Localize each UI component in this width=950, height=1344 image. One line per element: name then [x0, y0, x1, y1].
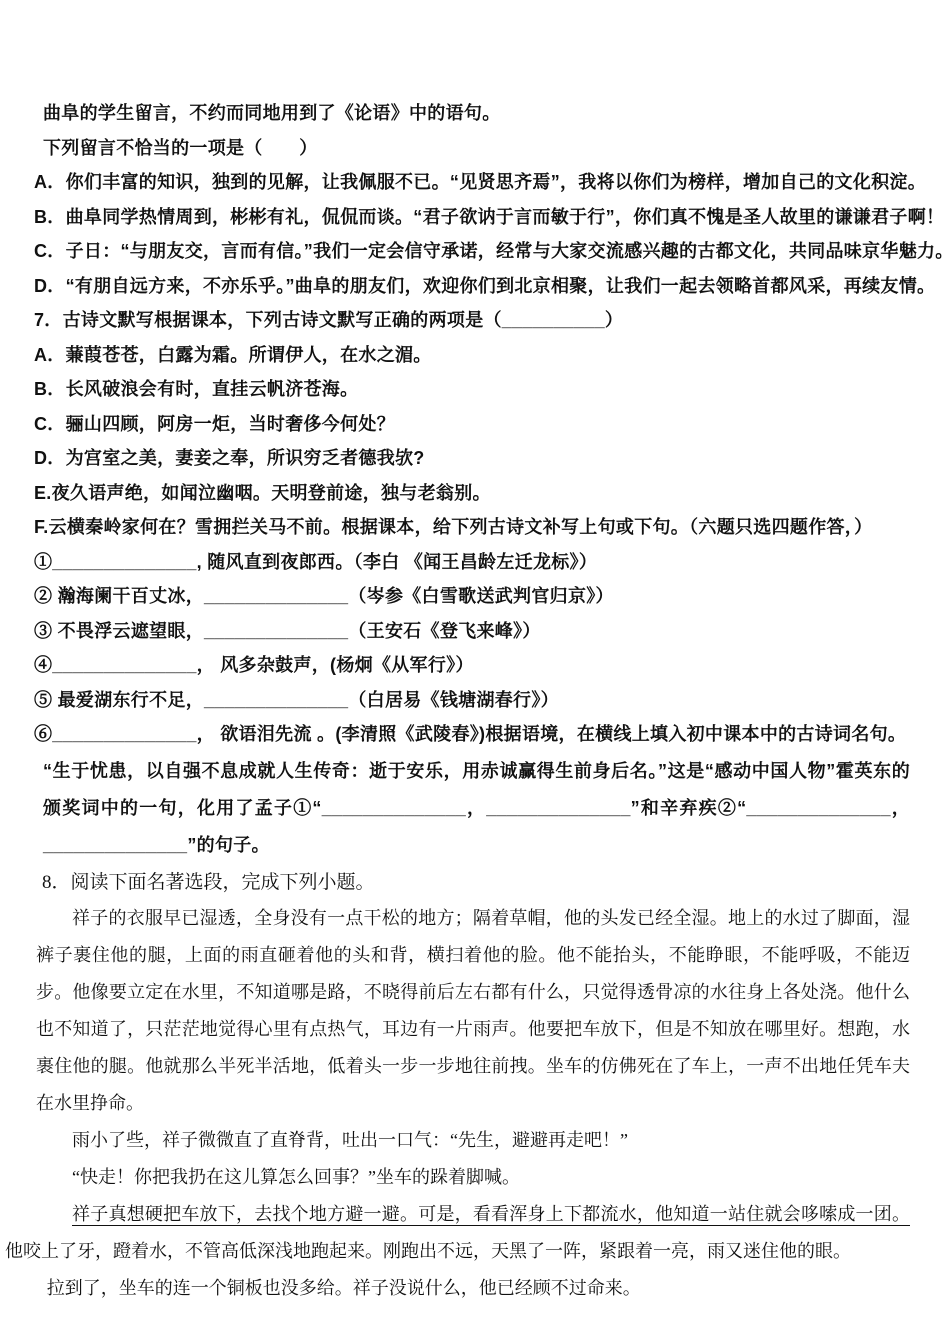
questions-6-7-section: 曲阜的学生留言，不约而同地用到了《论语》中的语句。 下列留言不恰当的一项是（ ）… — [0, 0, 950, 864]
q7-fill-item-3: ③ 不畏浮云遮望眼，______________（王安石《登飞来峰》） — [34, 614, 910, 649]
q7-option-e: E.夜久语声绝，如闻泣幽咽。天明登前途，独与老翁别。 — [34, 476, 910, 511]
q6-option-b: B．曲阜同学热情周到，彬彬有礼，侃侃而谈。“君子欲讷于言而敏于行”，你们真不愧是… — [34, 200, 910, 235]
q7-fill-item-5: ⑤ 最爱湖东行不足，______________（白居易《钱塘湖春行》） — [34, 683, 910, 718]
q7-fill-item-4: ④______________， 风多杂鼓声，(杨炯《从军行》） — [34, 648, 910, 683]
q8-prompt: 8．阅读下面名著选段，完成下列小题。 — [42, 868, 910, 898]
q7-option-c: C．骊山四顾，阿房一炬，当时奢侈今何处？ — [34, 407, 910, 442]
excerpt-paragraph-4: 祥子真想硬把车放下，去找个地方避一避。可是，看看浑身上下都流水，他知道一站住就会… — [5, 1196, 910, 1270]
q7-context-paragraph: “生于忧患，以自强不息成就人生传奇：逝于安乐，用赤诚赢得生前身后名。”这是“感动… — [43, 753, 910, 864]
underlined-sentence: 祥子真想硬把车放下，去找个地方避一避。可是，看看浑身上下都流水，他知道一站住就会… — [72, 1204, 910, 1224]
q6-option-d: D．“有朋自远方来，不亦乐乎。”曲阜的朋友们，欢迎你们到北京相聚，让我们一起去领… — [34, 269, 910, 304]
excerpt-paragraph-5: 拉到了，坐车的连一个铜板也没多给。祥子没说什么，他已经顾不过命来。 — [36, 1270, 910, 1307]
q6-intro-line-2: 下列留言不恰当的一项是（ ） — [43, 131, 910, 166]
q6-option-a: A．你们丰富的知识，独到的见解，让我佩服不已。“见贤思齐焉”，我将以你们为榜样，… — [34, 165, 910, 200]
q6-intro-line-1: 曲阜的学生留言，不约而同地用到了《论语》中的语句。 — [43, 96, 910, 131]
q8-novel-excerpt: 祥子的衣服早已湿透，全身没有一点干松的地方；隔着草帽，他的头发已经全湿。地上的水… — [36, 900, 910, 1307]
excerpt-paragraph-2: 雨小了些，祥子微微直了直脊背，吐出一口气：“先生，避避再走吧！” — [36, 1122, 910, 1159]
q7-option-d: D．为宫室之美，妻妾之奉，所识穷乏者德我欤? — [34, 441, 910, 476]
excerpt-paragraph-1: 祥子的衣服早已湿透，全身没有一点干松的地方；隔着草帽，他的头发已经全湿。地上的水… — [36, 900, 910, 1122]
q7-option-b: B．长风破浪会有时，直挂云帆济苍海。 — [34, 372, 910, 407]
excerpt-paragraph-4-rest: 他咬上了牙，蹬着水，不管高低深浅地跑起来。刚跑出不远，天黑了一阵，紧跟着一亮，雨… — [5, 1241, 851, 1261]
q7-fill-item-2: ② 瀚海阑干百丈冰，______________（岑参《白雪歌送武判官归京》） — [34, 579, 910, 614]
q7-fill-item-1: ①______________, 随风直到夜郎西。（李白 《闻王昌龄左迁龙标》） — [34, 545, 910, 580]
excerpt-paragraph-3: “快走！你把我扔在这儿算怎么回事？”坐车的跺着脚喊。 — [36, 1159, 910, 1196]
exam-page: 曲阜的学生留言，不约而同地用到了《论语》中的语句。 下列留言不恰当的一项是（ ）… — [0, 0, 950, 1344]
question-8-section: 8．阅读下面名著选段，完成下列小题。 祥子的衣服早已湿透，全身没有一点干松的地方… — [0, 868, 950, 1307]
q7-prompt: 7．古诗文默写根据课本，下列古诗文默写正确的两项是（__________） — [34, 303, 910, 338]
q7-option-a: A．蒹葭苍苍，白露为霜。所谓伊人，在水之湄。 — [34, 338, 910, 373]
q7-fill-item-6: ⑥______________， 欲语泪先流 。(李清照《武陵春》)根据语境，在… — [34, 717, 910, 752]
q7-option-f: F.云横秦岭家何在？雪拥拦关马不前。根据课本，给下列古诗文补写上句或下句。（六题… — [34, 510, 910, 545]
q6-option-c: C．子日：“与朋友交，言而有信。”我们一定会信守承诺，经常与大家交流感兴趣的古都… — [34, 234, 910, 269]
